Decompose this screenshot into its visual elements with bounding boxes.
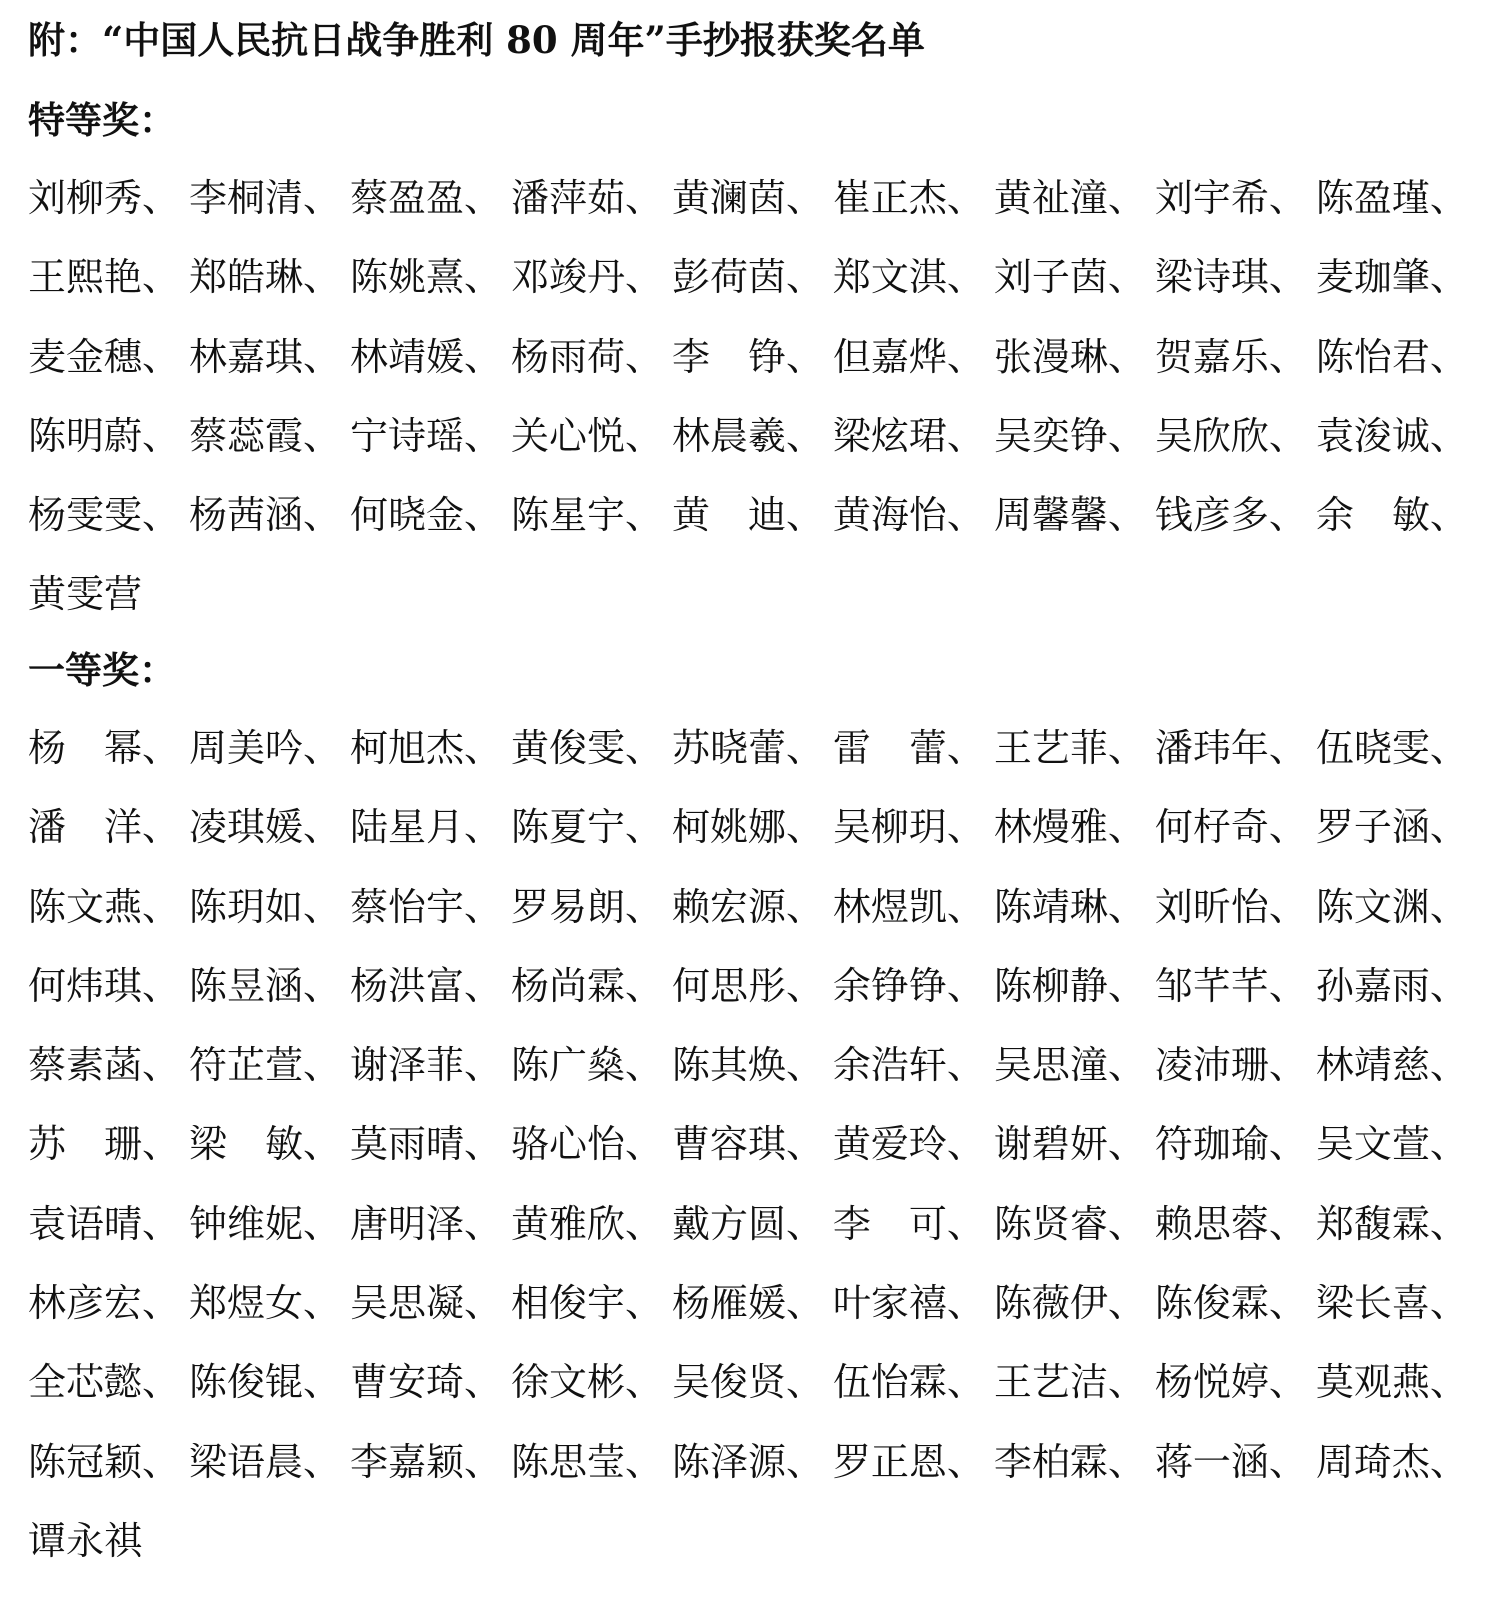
- winner-name: 杨雨荷、: [511, 318, 663, 397]
- winner-name: 林晨羲、: [672, 397, 824, 476]
- name-row: 潘 洋、凌琪媛、陆星月、陈夏宁、柯姚娜、吴柳玥、林熳雅、何杍奇、罗子涵、: [28, 788, 1468, 867]
- winner-name: 叶家禧、: [833, 1264, 985, 1343]
- winner-name: 杨 幂、: [28, 709, 180, 788]
- name-row: 陈文燕、陈玥如、蔡怡宇、罗易朗、赖宏源、林煜凯、陈靖琳、刘昕怡、陈文渊、: [28, 868, 1468, 947]
- winner-name: 陈俊霖、: [1155, 1264, 1307, 1343]
- winner-name: 陈盈瑾、: [1316, 159, 1468, 238]
- winner-name: 陈靖琳、: [994, 868, 1146, 947]
- winner-name: 刘子茵、: [994, 238, 1146, 317]
- winner-name: 潘 洋、: [28, 788, 180, 867]
- winner-name: 谢碧妍、: [994, 1105, 1146, 1184]
- winner-name: 陈姚熹、: [350, 238, 502, 317]
- winner-name: 赖思蓉、: [1155, 1185, 1307, 1264]
- winner-name: 蔡素菡、: [28, 1026, 180, 1105]
- winner-name: 吴俊贤、: [672, 1343, 824, 1422]
- name-row: 谭永祺: [28, 1502, 1468, 1581]
- winner-name: 彭荷茵、: [672, 238, 824, 317]
- winner-name: 余浩轩、: [833, 1026, 985, 1105]
- winner-name: 麦金穗、: [28, 318, 180, 397]
- winner-name: 李桐清、: [189, 159, 341, 238]
- winner-name: 唐明泽、: [350, 1185, 502, 1264]
- winner-name: 何思彤、: [672, 947, 824, 1026]
- name-row: 何炜琪、陈昱涵、杨洪富、杨尚霖、何思彤、余铮铮、陈柳静、邹芊芊、孙嘉雨、: [28, 947, 1468, 1026]
- winner-name: 陈玥如、: [189, 868, 341, 947]
- section-heading-special-prize: 特等奖：: [28, 94, 176, 146]
- first-prize-name-list: 杨 幂、周美吟、柯旭杰、黄俊雯、苏晓蕾、雷 蕾、王艺菲、潘玮年、伍晓雯、潘 洋、…: [28, 709, 1468, 1581]
- winner-name: 何杍奇、: [1155, 788, 1307, 867]
- winner-name: 杨雯雯、: [28, 476, 180, 555]
- winner-name: 周美吟、: [189, 709, 341, 788]
- winner-name: 林靖媛、: [350, 318, 502, 397]
- winner-name: 梁语晨、: [189, 1423, 341, 1502]
- winner-name: 柯姚娜、: [672, 788, 824, 867]
- winner-name: 潘玮年、: [1155, 709, 1307, 788]
- winner-name: 吴思潼、: [994, 1026, 1146, 1105]
- name-row: 全芯懿、陈俊锟、曹安琦、徐文彬、吴俊贤、伍怡霖、王艺洁、杨悦婷、莫观燕、: [28, 1343, 1468, 1422]
- winner-name: 陈泽源、: [672, 1423, 824, 1502]
- winner-name: 相俊宇、: [511, 1264, 663, 1343]
- winner-name: 陈俊锟、: [189, 1343, 341, 1422]
- winner-name: 邓竣丹、: [511, 238, 663, 317]
- winner-name: 罗正恩、: [833, 1423, 985, 1502]
- winner-name: 戴方圆、: [672, 1185, 824, 1264]
- winner-name: 凌琪媛、: [189, 788, 341, 867]
- winner-name: 凌沛珊、: [1155, 1026, 1307, 1105]
- winner-name: 曹容琪、: [672, 1105, 824, 1184]
- winner-name: 黄爱玲、: [833, 1105, 985, 1184]
- winner-name: 杨尚霖、: [511, 947, 663, 1026]
- winner-name: 林煜凯、: [833, 868, 985, 947]
- winner-name: 伍晓雯、: [1316, 709, 1468, 788]
- winner-name: 李柏霖、: [994, 1423, 1146, 1502]
- winner-name: 蔡怡宇、: [350, 868, 502, 947]
- special-prize-name-list: 刘柳秀、李桐清、蔡盈盈、潘萍茹、黄澜茵、崔正杰、黄祉潼、刘宇希、陈盈瑾、王熙艳、…: [28, 159, 1468, 635]
- winner-name: 吴思凝、: [350, 1264, 502, 1343]
- name-row: 蔡素菡、符芷萱、谢泽菲、陈广燊、陈其焕、余浩轩、吴思潼、凌沛珊、林靖慈、: [28, 1026, 1468, 1105]
- winner-name: 孙嘉雨、: [1316, 947, 1468, 1026]
- winner-name: 郑煜女、: [189, 1264, 341, 1343]
- winner-name: 杨茜涵、: [189, 476, 341, 555]
- winner-name: 陈夏宁、: [511, 788, 663, 867]
- winner-name: 余铮铮、: [833, 947, 985, 1026]
- winner-name: 莫雨晴、: [350, 1105, 502, 1184]
- winner-name: 但嘉烨、: [833, 318, 985, 397]
- winner-name: 刘昕怡、: [1155, 868, 1307, 947]
- winner-name: 刘宇希、: [1155, 159, 1307, 238]
- name-row: 黄雯营: [28, 555, 1468, 634]
- winner-name: 陈怡君、: [1316, 318, 1468, 397]
- winner-name: 黄祉潼、: [994, 159, 1146, 238]
- winner-name: 陈昱涵、: [189, 947, 341, 1026]
- winner-name: 曹安琦、: [350, 1343, 502, 1422]
- winner-name: 陈明蔚、: [28, 397, 180, 476]
- winner-name: 杨悦婷、: [1155, 1343, 1307, 1422]
- winner-name: 黄雯营: [28, 555, 142, 634]
- winner-name: 余 敏、: [1316, 476, 1468, 555]
- winner-name: 赖宏源、: [672, 868, 824, 947]
- winner-name: 柯旭杰、: [350, 709, 502, 788]
- winner-name: 黄俊雯、: [511, 709, 663, 788]
- name-row: 袁语晴、钟维妮、唐明泽、黄雅欣、戴方圆、李 可、陈贤睿、赖思蓉、郑馥霖、: [28, 1185, 1468, 1264]
- winner-name: 吴柳玥、: [833, 788, 985, 867]
- winner-name: 伍怡霖、: [833, 1343, 985, 1422]
- name-row: 杨 幂、周美吟、柯旭杰、黄俊雯、苏晓蕾、雷 蕾、王艺菲、潘玮年、伍晓雯、: [28, 709, 1468, 788]
- winner-name: 郑皓琳、: [189, 238, 341, 317]
- winner-name: 陆星月、: [350, 788, 502, 867]
- winner-name: 蔡盈盈、: [350, 159, 502, 238]
- winner-name: 蒋一涵、: [1155, 1423, 1307, 1502]
- winner-name: 何炜琪、: [28, 947, 180, 1026]
- winner-name: 周琦杰、: [1316, 1423, 1468, 1502]
- winner-name: 刘柳秀、: [28, 159, 180, 238]
- winner-name: 王艺洁、: [994, 1343, 1146, 1422]
- name-row: 杨雯雯、杨茜涵、何晓金、陈星宇、黄 迪、黄海怡、周馨馨、钱彦多、余 敏、: [28, 476, 1468, 555]
- winner-name: 李嘉颖、: [350, 1423, 502, 1502]
- winner-name: 袁浚诚、: [1316, 397, 1468, 476]
- winner-name: 崔正杰、: [833, 159, 985, 238]
- winner-name: 袁语晴、: [28, 1185, 180, 1264]
- winner-name: 郑馥霖、: [1316, 1185, 1468, 1264]
- winner-name: 杨洪富、: [350, 947, 502, 1026]
- name-row: 陈明蔚、蔡蕊霞、宁诗瑶、关心悦、林晨羲、梁炫珺、吴奕铮、吴欣欣、袁浚诚、: [28, 397, 1468, 476]
- winner-name: 徐文彬、: [511, 1343, 663, 1422]
- winner-name: 梁炫珺、: [833, 397, 985, 476]
- section-heading-first-prize: 一等奖：: [28, 644, 176, 696]
- winner-name: 贺嘉乐、: [1155, 318, 1307, 397]
- winner-name: 潘萍茹、: [511, 159, 663, 238]
- winner-name: 符珈瑜、: [1155, 1105, 1307, 1184]
- winner-name: 钱彦多、: [1155, 476, 1307, 555]
- winner-name: 黄雅欣、: [511, 1185, 663, 1264]
- winner-name: 林彦宏、: [28, 1264, 180, 1343]
- winner-name: 梁长喜、: [1316, 1264, 1468, 1343]
- winner-name: 全芯懿、: [28, 1343, 180, 1422]
- winner-name: 钟维妮、: [189, 1185, 341, 1264]
- winner-name: 李 铮、: [672, 318, 824, 397]
- winner-name: 黄海怡、: [833, 476, 985, 555]
- name-row: 王熙艳、郑皓琳、陈姚熹、邓竣丹、彭荷茵、郑文淇、刘子茵、梁诗琪、麦珈肇、: [28, 238, 1468, 317]
- winner-name: 何晓金、: [350, 476, 502, 555]
- winner-name: 苏晓蕾、: [672, 709, 824, 788]
- name-row: 刘柳秀、李桐清、蔡盈盈、潘萍茹、黄澜茵、崔正杰、黄祉潼、刘宇希、陈盈瑾、: [28, 159, 1468, 238]
- winner-name: 陈其焕、: [672, 1026, 824, 1105]
- winner-name: 陈文渊、: [1316, 868, 1468, 947]
- winner-name: 陈贤睿、: [994, 1185, 1146, 1264]
- winner-name: 杨雁媛、: [672, 1264, 824, 1343]
- winner-name: 吴欣欣、: [1155, 397, 1307, 476]
- winner-name: 林熳雅、: [994, 788, 1146, 867]
- winner-name: 李 可、: [833, 1185, 985, 1264]
- winner-name: 蔡蕊霞、: [189, 397, 341, 476]
- name-row: 苏 珊、梁 敏、莫雨晴、骆心怡、曹容琪、黄爱玲、谢碧妍、符珈瑜、吴文萱、: [28, 1105, 1468, 1184]
- winner-name: 罗子涵、: [1316, 788, 1468, 867]
- winner-name: 麦珈肇、: [1316, 238, 1468, 317]
- winner-name: 吴奕铮、: [994, 397, 1146, 476]
- winner-name: 周馨馨、: [994, 476, 1146, 555]
- document-title: 附：“中国人民抗日战争胜利 80 周年”手抄报获奖名单: [28, 14, 925, 66]
- winner-name: 邹芊芊、: [1155, 947, 1307, 1026]
- winner-name: 陈文燕、: [28, 868, 180, 947]
- winner-name: 黄澜茵、: [672, 159, 824, 238]
- winner-name: 陈思莹、: [511, 1423, 663, 1502]
- winner-name: 梁诗琪、: [1155, 238, 1307, 317]
- winner-name: 陈冠颖、: [28, 1423, 180, 1502]
- winner-name: 张漫琳、: [994, 318, 1146, 397]
- winner-name: 谢泽菲、: [350, 1026, 502, 1105]
- winner-name: 关心悦、: [511, 397, 663, 476]
- name-row: 麦金穗、林嘉琪、林靖媛、杨雨荷、李 铮、但嘉烨、张漫琳、贺嘉乐、陈怡君、: [28, 318, 1468, 397]
- winner-name: 陈柳静、: [994, 947, 1146, 1026]
- winner-name: 林嘉琪、: [189, 318, 341, 397]
- winner-name: 雷 蕾、: [833, 709, 985, 788]
- winner-name: 王艺菲、: [994, 709, 1146, 788]
- winner-name: 罗易朗、: [511, 868, 663, 947]
- winner-name: 陈薇伊、: [994, 1264, 1146, 1343]
- winner-name: 王熙艳、: [28, 238, 180, 317]
- winner-name: 骆心怡、: [511, 1105, 663, 1184]
- name-row: 陈冠颖、梁语晨、李嘉颖、陈思莹、陈泽源、罗正恩、李柏霖、蒋一涵、周琦杰、: [28, 1423, 1468, 1502]
- winner-name: 谭永祺: [28, 1502, 142, 1581]
- winner-name: 郑文淇、: [833, 238, 985, 317]
- winner-name: 莫观燕、: [1316, 1343, 1468, 1422]
- winner-name: 吴文萱、: [1316, 1105, 1468, 1184]
- name-row: 林彦宏、郑煜女、吴思凝、相俊宇、杨雁媛、叶家禧、陈薇伊、陈俊霖、梁长喜、: [28, 1264, 1468, 1343]
- winner-name: 宁诗瑶、: [350, 397, 502, 476]
- winner-name: 梁 敏、: [189, 1105, 341, 1184]
- winner-name: 黄 迪、: [672, 476, 824, 555]
- winner-name: 符芷萱、: [189, 1026, 341, 1105]
- winner-name: 陈广燊、: [511, 1026, 663, 1105]
- winner-name: 陈星宇、: [511, 476, 663, 555]
- winner-name: 林靖慈、: [1316, 1026, 1468, 1105]
- winner-name: 苏 珊、: [28, 1105, 180, 1184]
